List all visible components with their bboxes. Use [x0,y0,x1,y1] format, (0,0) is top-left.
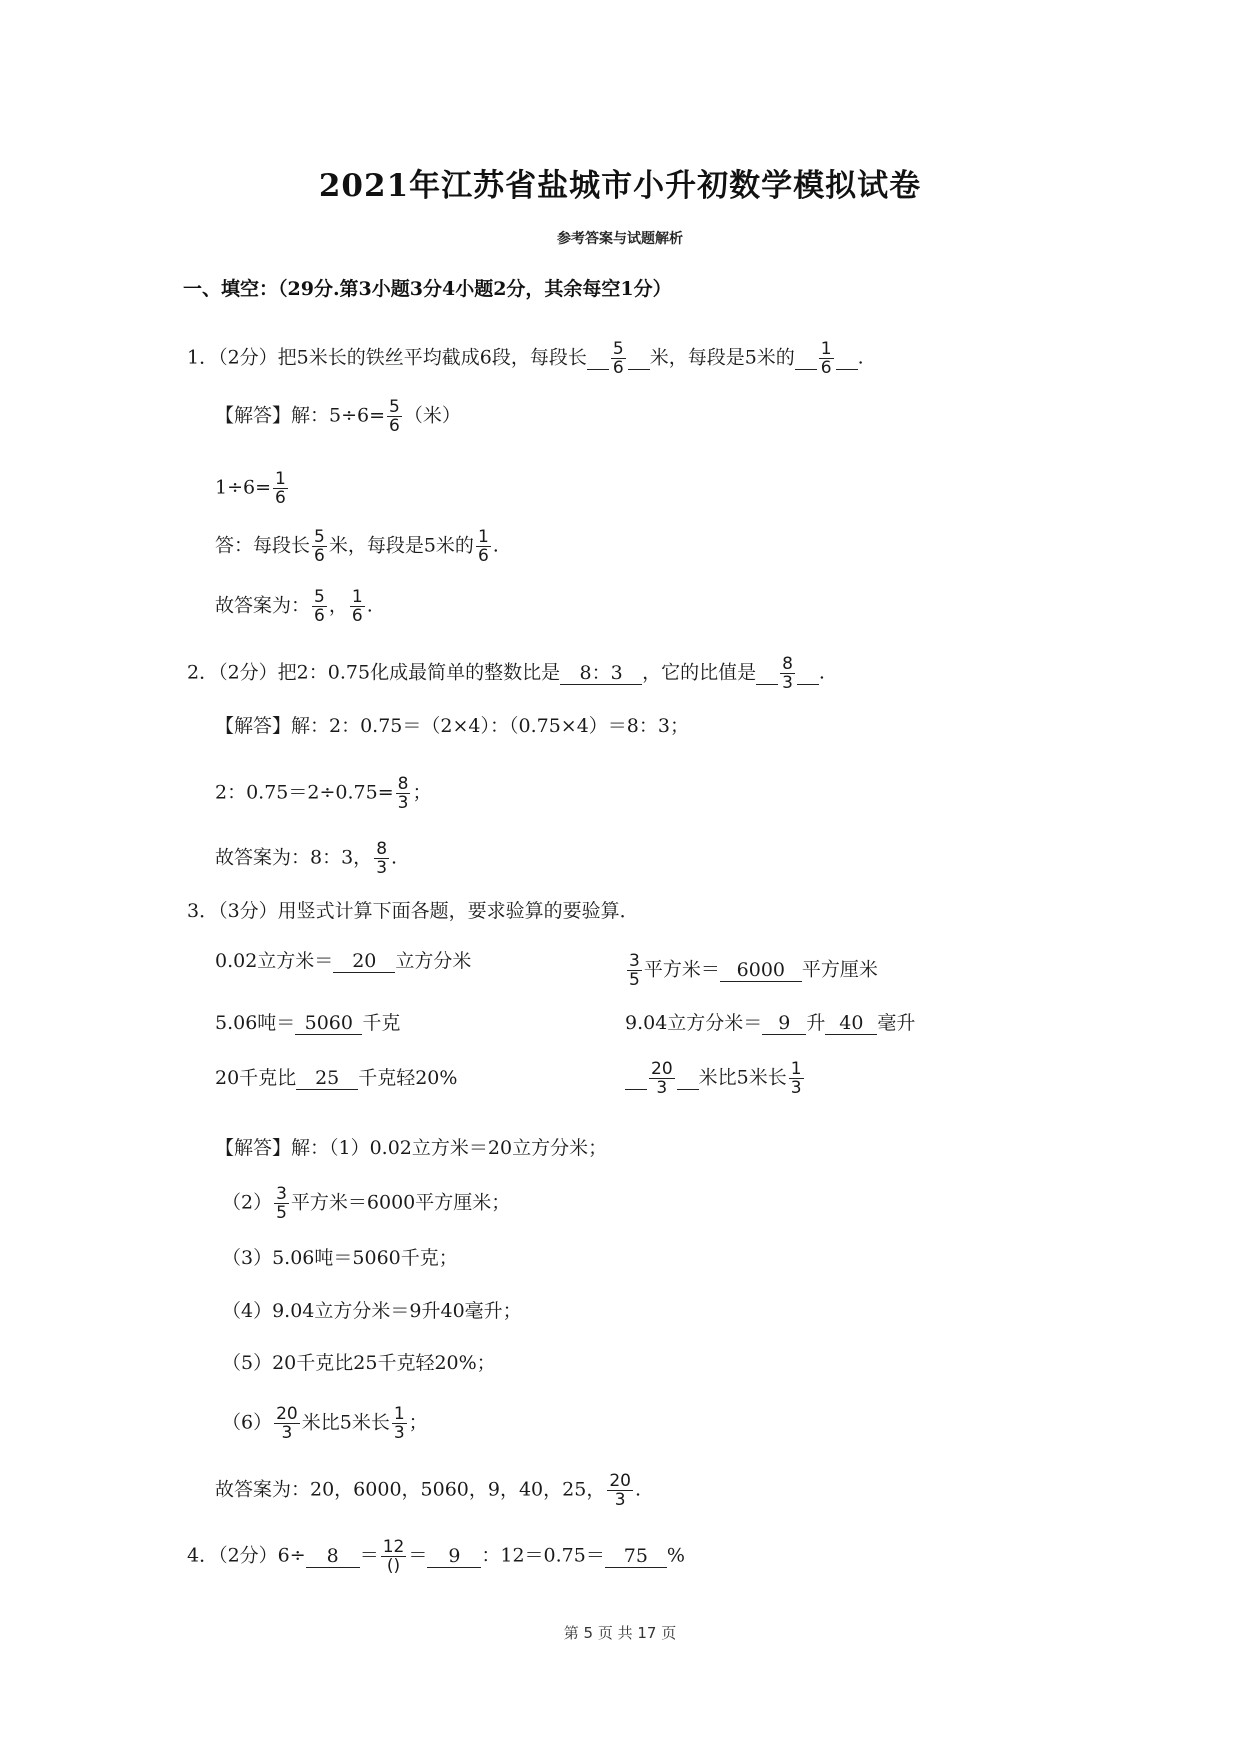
answer-blank: 20 [333,950,395,973]
q3-item-2: 35平方米＝6000平方厘米 [625,952,878,989]
document-title: 2021年江苏省盐城市小升初数学模拟试卷 [0,160,1240,205]
q3-solution-5: （5）20千克比25千克轻20%； [222,1350,496,1376]
q2-final-answer: 故答案为：8：3，83. [215,840,397,877]
q3-item-6: 203米比5米长13 [625,1060,806,1097]
q3-solution-2: （2）35平方米＝6000平方厘米； [222,1185,510,1222]
answer-blank: 9 [762,1012,806,1035]
answer-blank: 40 [825,1012,877,1035]
question-3: 3．（3分）用竖式计算下面各题，要求验算的要验算． [187,898,639,924]
q2-solution-line2: 2：0.75＝2÷0.75=83； [215,775,431,812]
q1-solution: 【解答】解：5÷6=56（米） [215,398,461,435]
answer-blank: 203 [625,1060,699,1097]
answer-blank: 83 [756,655,819,692]
answer-blank: 25 [296,1067,358,1090]
answer-blank: 9 [427,1545,481,1568]
answer-blank: 6000 [720,959,802,982]
answer-blank: 56 [587,340,650,377]
q3-item-1: 0.02立方米＝20立方分米 [215,948,471,974]
question-4: 4．（2分）6÷8＝12()＝9：12＝0.75＝75% [187,1538,685,1575]
q3-solution-4: （4）9.04立方分米＝9升40毫升； [222,1298,522,1324]
answer-blank: 16 [795,340,858,377]
q3-solution-1: 【解答】解：（1）0.02立方米＝20立方分米； [215,1135,607,1161]
q1-answer-statement: 答：每段长56米，每段是5米的16. [215,528,499,565]
question-1: 1．（2分）把5米长的铁丝平均截成6段，每段长56米，每段是5米的16. [187,340,864,377]
q3-solution-6: （6）203米比5米长13； [222,1405,428,1442]
answer-blank: 8：3 [560,662,642,685]
document-subtitle: 参考答案与试题解析 [0,228,1240,248]
question-2: 2．（2分）把2：0.75化成最简单的整数比是8：3，它的比值是83. [187,655,825,692]
q3-item-4: 9.04立方分米＝9升40毫升 [625,1010,915,1036]
q1-solution-line2: 1÷6=16 [215,470,290,507]
page-number: 第 5 页 共 17 页 [0,1622,1240,1643]
q3-item-3: 5.06吨＝5060千克 [215,1010,400,1036]
section-heading: 一、填空：（29分.第3小题3分4小题2分，其余每空1分） [183,274,672,301]
q1-final-answer: 故答案为：56，16. [215,588,373,625]
q3-final-answer: 故答案为：20，6000，5060，9，40，25，203. [215,1472,641,1509]
q2-solution: 【解答】解：2：0.75＝（2×4）：（0.75×4）＝8：3； [215,713,689,739]
answer-blank: 5060 [295,1012,362,1035]
q3-solution-3: （3）5.06吨＝5060千克； [222,1245,458,1271]
q3-item-5: 20千克比25千克轻20% [215,1065,457,1091]
answer-blank: 8 [306,1545,360,1568]
answer-blank: 75 [605,1545,667,1568]
